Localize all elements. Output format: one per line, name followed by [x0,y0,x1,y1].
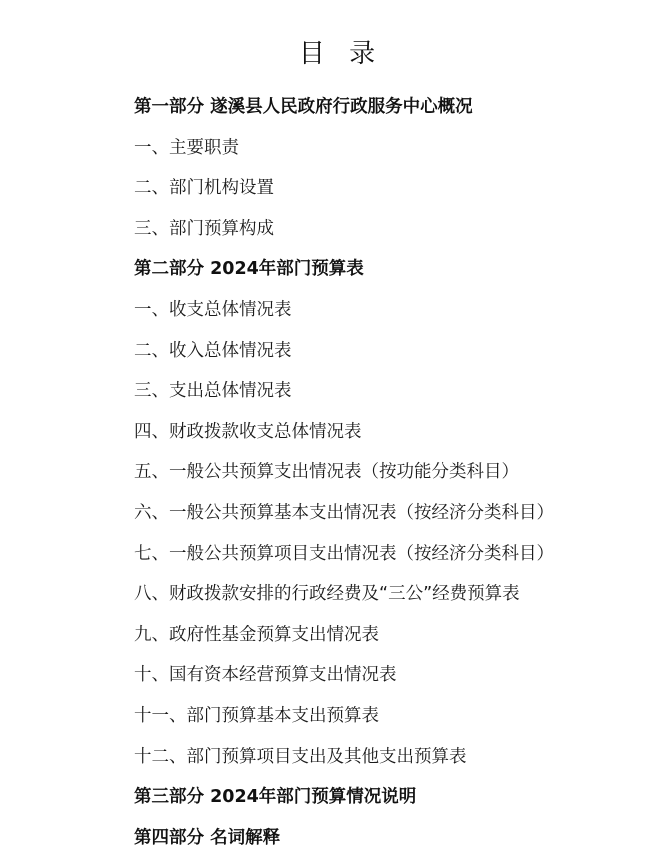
toc-item-main-duties[interactable]: 一、主要职责 [134,136,554,177]
toc-label: 十二、部门预算项目支出及其他支出预算表 [134,745,467,769]
toc-label: 十、国有资本经营预算支出情况表 [134,663,397,687]
toc-label: 十一、部门预算基本支出预算表 [134,704,379,728]
toc-item-revenue-expenditure-overview[interactable]: 一、收支总体情况表 [134,298,554,339]
toc-label: 三、支出总体情况表 [134,379,292,403]
toc-label: 九、政府性基金预算支出情况表 [134,623,379,647]
toc-item-expenditure-overview[interactable]: 三、支出总体情况表 [134,379,554,420]
document-page: 目 录 第一部分 遂溪县人民政府行政服务中心概况 一、主要职责 二、部门机构设置… [0,0,672,864]
toc-item-state-capital-budget[interactable]: 十、国有资本经营预算支出情况表 [134,663,554,704]
page-title: 目 录 [0,38,672,70]
toc-label: 第一部分 遂溪县人民政府行政服务中心概况 [134,95,473,119]
toc-label: 二、收入总体情况表 [134,339,292,363]
toc-item-budget-composition[interactable]: 三、部门预算构成 [134,217,554,258]
toc-label: 五、一般公共预算支出情况表（按功能分类科目） [134,460,519,484]
toc-label: 第三部分 2024年部门预算情况说明 [134,785,416,809]
toc-item-org-structure[interactable]: 二、部门机构设置 [134,176,554,217]
toc-part-3[interactable]: 第三部分 2024年部门预算情况说明 [134,785,554,826]
toc-item-fiscal-appropriation-overview[interactable]: 四、财政拨款收支总体情况表 [134,420,554,461]
toc-label: 八、财政拨款安排的行政经费及“三公”经费预算表 [134,582,520,606]
toc-item-basic-expenditure-budget[interactable]: 十一、部门预算基本支出预算表 [134,704,554,745]
toc-part-2[interactable]: 第二部分 2024年部门预算表 [134,257,554,298]
toc-label: 一、主要职责 [134,136,239,160]
toc-item-general-budget-project-economic[interactable]: 七、一般公共预算项目支出情况表（按经济分类科目） [134,542,554,583]
toc-label: 四、财政拨款收支总体情况表 [134,420,362,444]
toc-item-project-other-expenditure-budget[interactable]: 十二、部门预算项目支出及其他支出预算表 [134,745,554,786]
toc-item-revenue-overview[interactable]: 二、收入总体情况表 [134,339,554,380]
toc-part-1[interactable]: 第一部分 遂溪县人民政府行政服务中心概况 [134,95,554,136]
toc-label: 六、一般公共预算基本支出情况表（按经济分类科目） [134,501,554,525]
table-of-contents: 第一部分 遂溪县人民政府行政服务中心概况 一、主要职责 二、部门机构设置 三、部… [134,95,554,864]
toc-label: 七、一般公共预算项目支出情况表（按经济分类科目） [134,542,554,566]
toc-item-admin-three-public[interactable]: 八、财政拨款安排的行政经费及“三公”经费预算表 [134,582,554,623]
toc-item-gov-fund-budget[interactable]: 九、政府性基金预算支出情况表 [134,623,554,664]
toc-label: 第四部分 名词解释 [134,826,280,850]
toc-label: 一、收支总体情况表 [134,298,292,322]
toc-label: 三、部门预算构成 [134,217,274,241]
toc-item-general-budget-functional[interactable]: 五、一般公共预算支出情况表（按功能分类科目） [134,460,554,501]
toc-item-general-budget-basic-economic[interactable]: 六、一般公共预算基本支出情况表（按经济分类科目） [134,501,554,542]
toc-part-4[interactable]: 第四部分 名词解释 [134,826,554,864]
toc-label: 二、部门机构设置 [134,176,274,200]
toc-label: 第二部分 2024年部门预算表 [134,257,364,281]
